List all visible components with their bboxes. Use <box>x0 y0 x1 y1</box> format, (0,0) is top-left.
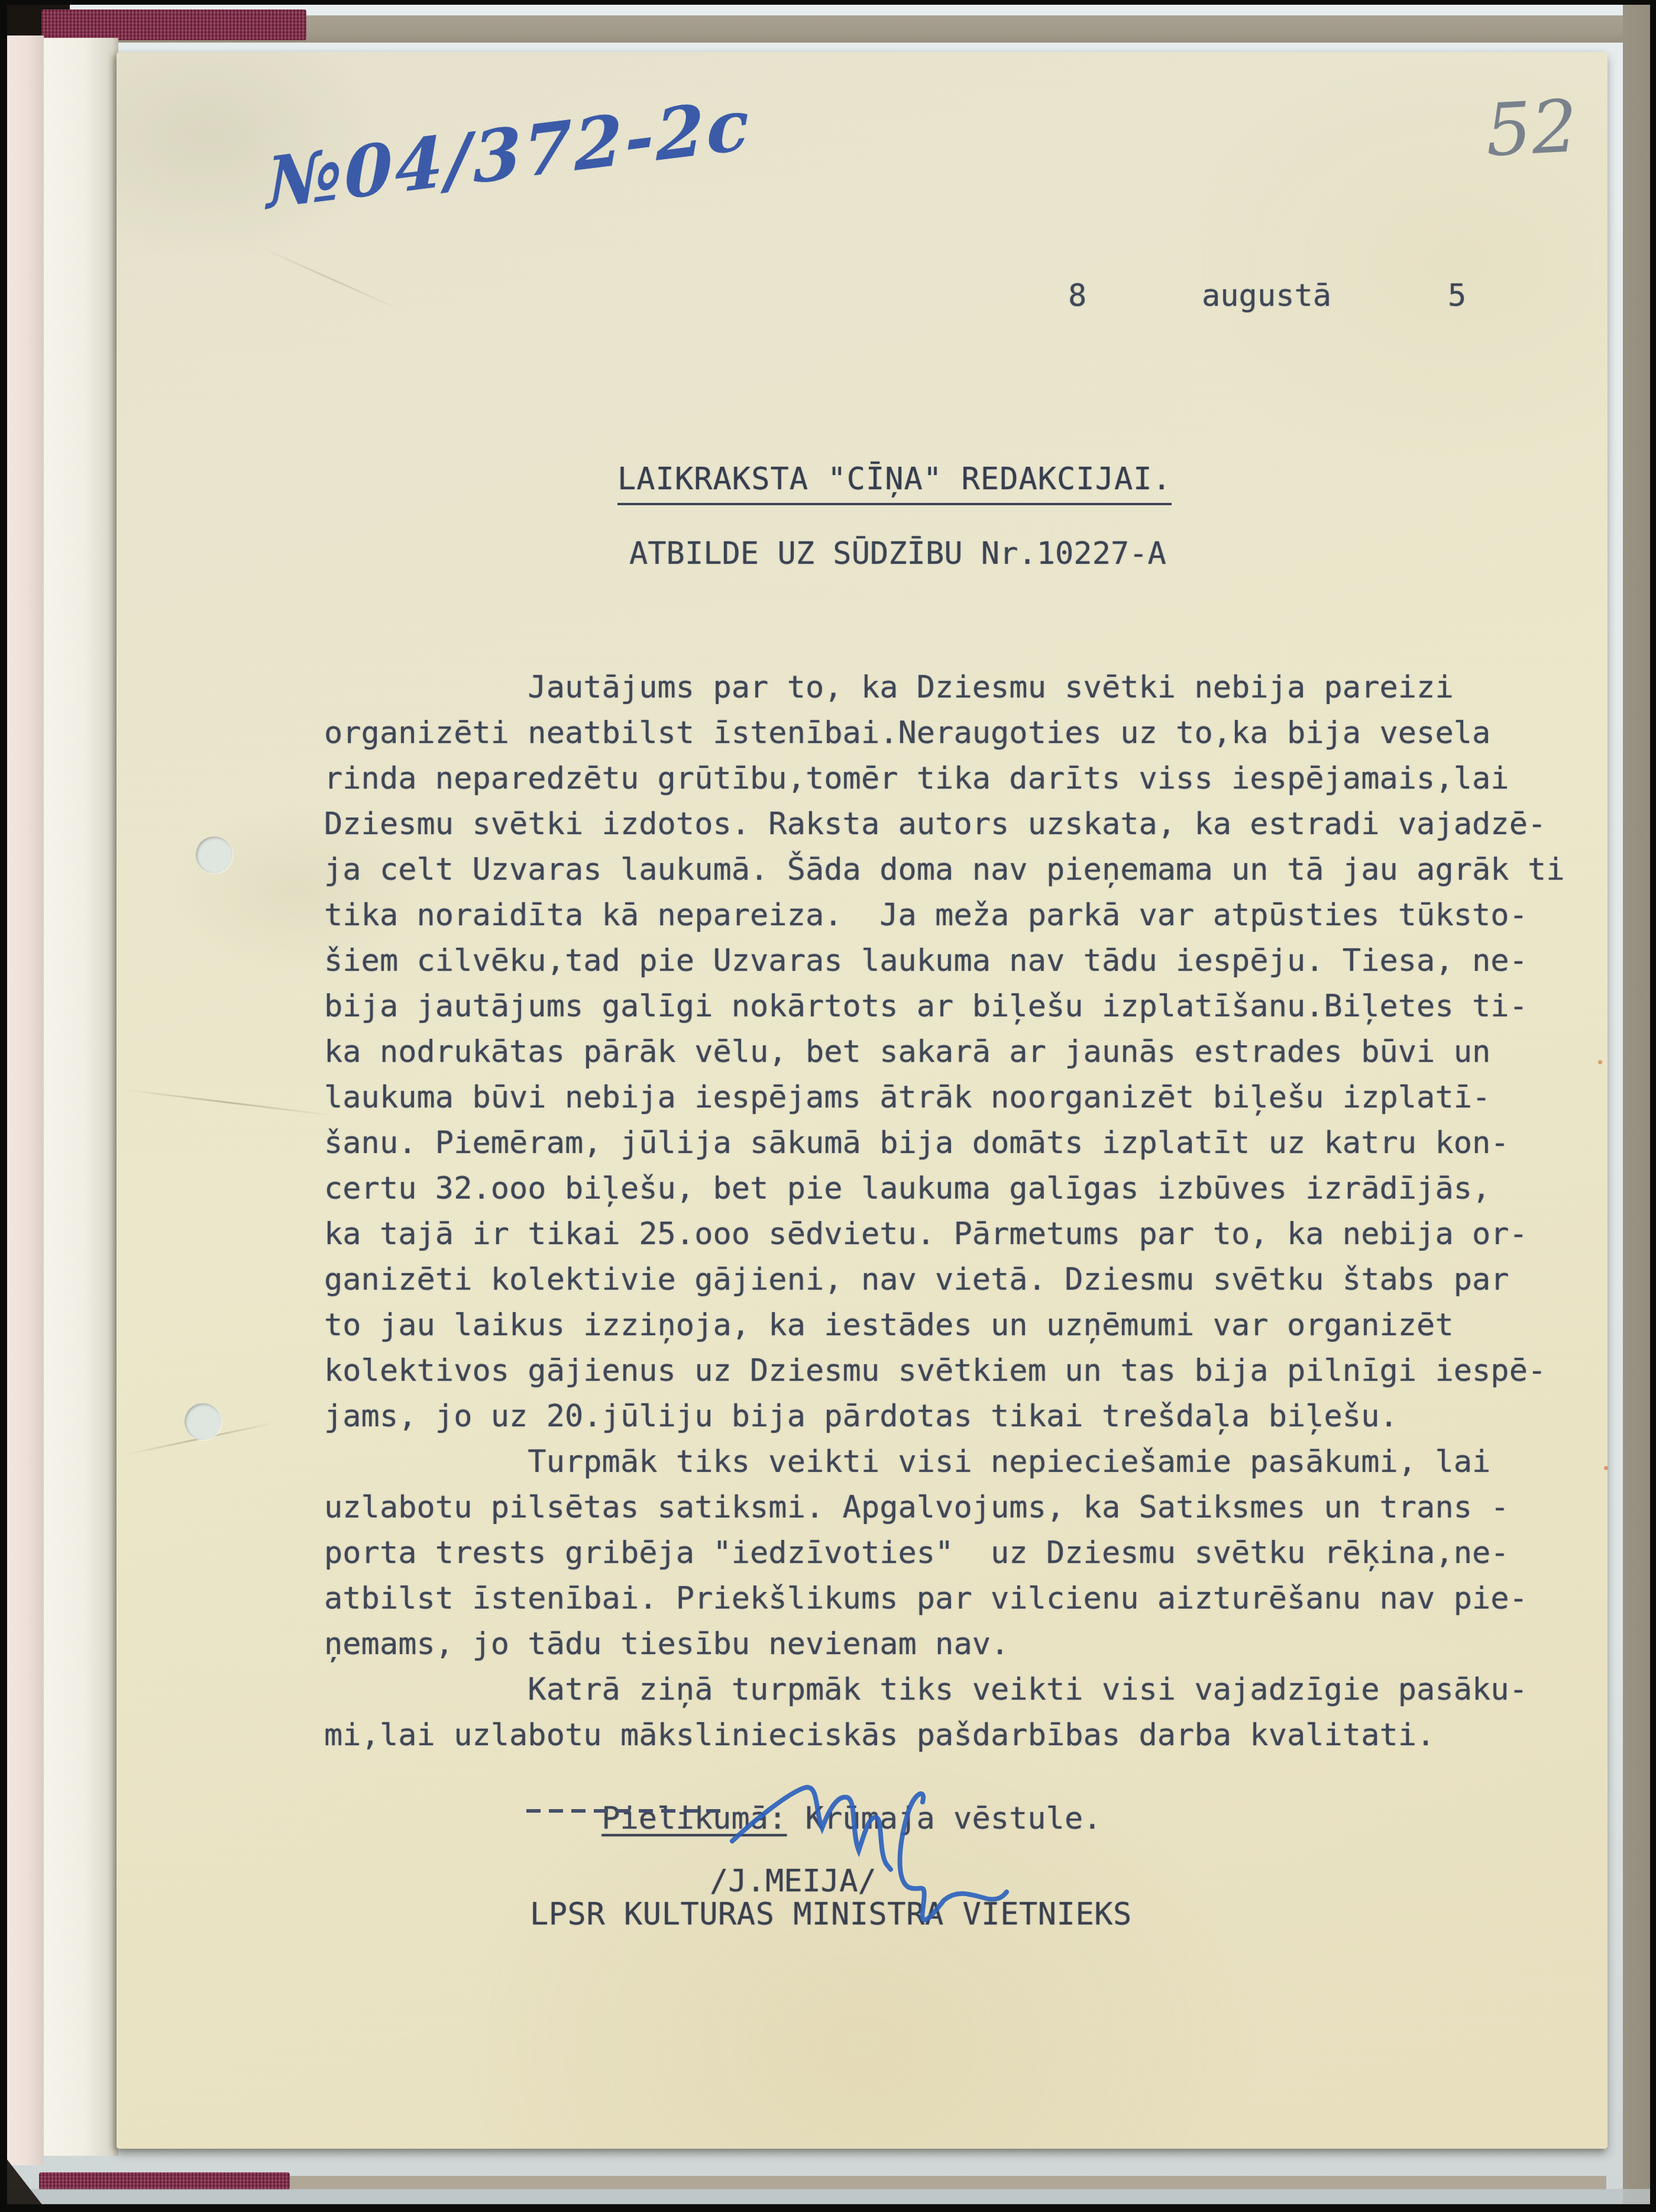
page-edge-strip-bottom <box>290 2176 1606 2190</box>
body-line: ganizēti kolektivie gājieni, nav vietā. … <box>324 1257 1613 1303</box>
scanned-archive-document: №04/372-2c 52 8 augustā 5 LAIKRAKSTA "CĪ… <box>0 0 1656 2212</box>
body-line: Turpmāk tiks veikti visi nepieciešamie p… <box>324 1439 1613 1485</box>
body-line: rinda neparedzētu grūtību,tomēr tika dar… <box>324 756 1613 802</box>
binder-board-right <box>1623 5 1650 2204</box>
page-edge-strip-white <box>44 38 118 2156</box>
date-line: 8 augustā 5 <box>0 278 1656 319</box>
bottom-shadow <box>7 2189 1650 2204</box>
body-line: bija jautājums galīgi nokārtots ar biļeš… <box>324 984 1613 1029</box>
body-line: ņemams, jo tādu tiesību nevienam nav. <box>324 1622 1613 1667</box>
binding-cloth-bottom <box>39 2172 290 2190</box>
attachment-label: Pielikumā: <box>601 1801 787 1836</box>
page-edge-strip-left <box>7 35 44 2165</box>
attachment-dashed-underline <box>526 1809 722 1813</box>
date-month: augustā <box>1202 278 1331 314</box>
body-line: šiem cilvēku,tad pie Uzvaras laukuma nav… <box>324 938 1613 984</box>
body-line: uzlabotu pilsētas satiksmi. Apgalvojums,… <box>324 1485 1613 1530</box>
body-line: Jautājums par to, ka Dziesmu svētki nebi… <box>324 665 1613 711</box>
pencil-page-number: 52 <box>1483 84 1579 173</box>
attachment-text: Krūmaja vēstule. <box>787 1801 1101 1836</box>
body-line: ka tajā ir tikai 25.ooo sēdvietu. Pārmet… <box>324 1212 1613 1257</box>
body-line: to jau laikus izziņoja, ka iestādes un u… <box>324 1303 1613 1348</box>
body-line: šanu. Piemēram, jūlija sākumā bija domāt… <box>324 1120 1613 1166</box>
body-line: porta trests gribēja "iedzīvoties" uz Dz… <box>324 1530 1613 1576</box>
body-line: ka nodrukātas pārāk vēlu, bet sakarā ar … <box>324 1029 1613 1075</box>
signature-typed-name: /J.MEIJA/ <box>710 1864 876 1899</box>
signature-title: LPSR KULTURAS MINISTRA VIETNIEKS <box>530 1897 1132 1932</box>
attachment-line: Pielikumā: Krūmaja vēstule. <box>528 1765 1102 1872</box>
date-day: 8 <box>1068 278 1086 314</box>
body-line: Katrā ziņā turpmāk tiks veikti visi vaja… <box>324 1667 1613 1713</box>
body-line: tika noraidīta kā nepareiza. Ja meža par… <box>324 893 1613 938</box>
body-line: jams, jo uz 20.jūliju bija pārdotas tika… <box>324 1394 1613 1439</box>
document-subtitle: ATBILDE UZ SŪDZĪBU Nr.10227-A <box>629 536 1166 571</box>
date-number: 5 <box>1448 278 1466 314</box>
body-line: certu 32.ooo biļešu, bet pie laukuma gal… <box>324 1166 1613 1212</box>
body-line: laukuma būvi nebija iespējams ātrāk noor… <box>324 1075 1613 1120</box>
document-title: LAIKRAKSTA "CĪŅA" REDAKCIJAI. <box>617 461 1172 505</box>
body-line: mi,lai uzlabotu mākslinieciskās pašdarbī… <box>324 1713 1613 1758</box>
punch-hole-top <box>196 837 232 873</box>
punch-hole-bottom <box>185 1403 221 1440</box>
body-line: organizēti neatbilst īstenībai.Neraugoti… <box>324 711 1613 756</box>
body-line: ja celt Uzvaras laukumā. Šāda doma nav p… <box>324 847 1613 893</box>
body-line: Dziesmu svētki izdotos. Raksta autors uz… <box>324 802 1613 847</box>
body-line: atbilst īstenībai. Priekšlikums par vilc… <box>324 1576 1613 1622</box>
binding-cloth-top <box>41 9 306 40</box>
body-line: kolektivos gājienus uz Dziesmu svētkiem … <box>324 1348 1613 1394</box>
document-body: Jautājums par to, ka Dziesmu svētki nebi… <box>324 665 1613 1758</box>
